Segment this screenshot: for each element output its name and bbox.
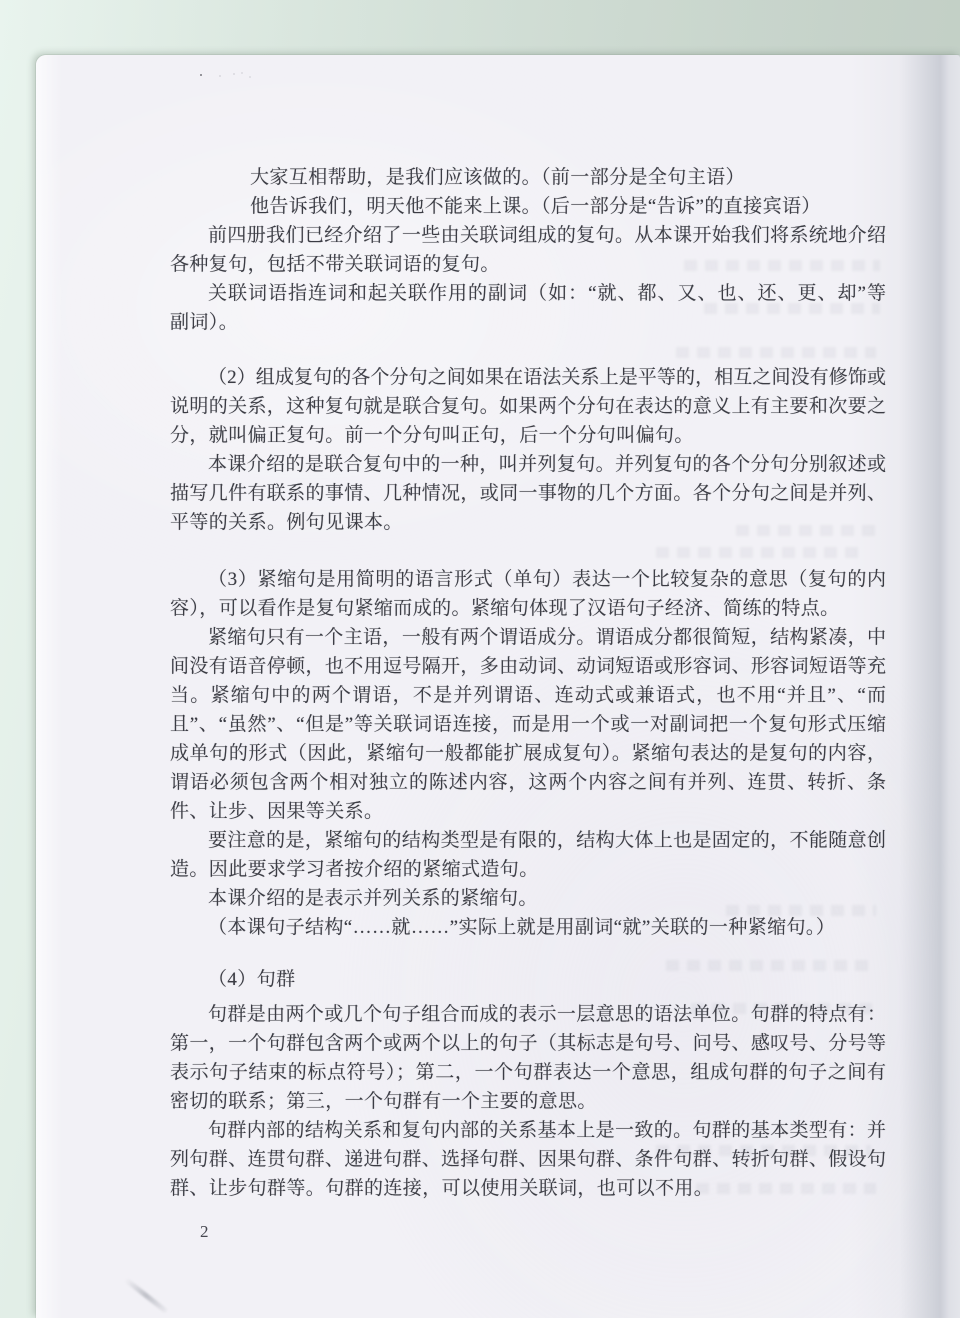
text-line: 平等的关系。例句见课本。 [170, 508, 886, 537]
text-line: 容），可以看作是复句紧缩而成的。紧缩句体现了汉语句子经济、简练的特点。 [170, 594, 886, 623]
text-line: 各种复句，包括不带关联词语的复句。 [170, 250, 886, 279]
text-line: 分，就叫偏正复句。前一个分句叫正句，后一个分句叫偏句。 [170, 421, 886, 450]
text-line: 成单句的形式（因此，紧缩句一般都能扩展成复句）。紧缩句表达的是复句的内容， [170, 739, 886, 768]
text-line: 列句群、连贯句群、递进句群、选择句群、因果句群、条件句群、转折句群、假设句 [170, 1145, 886, 1174]
text-line: （3）紧缩句是用简明的语言形式（单句）表达一个比较复杂的意思（复句的内 [170, 565, 886, 594]
text-line: （4）句群 [170, 965, 886, 994]
page-number: 2 [200, 1222, 210, 1242]
scanner-bed-shading [0, 0, 960, 60]
text-line: 要注意的是，紧缩句的结构类型是有限的，结构大体上也是固定的，不能随意创 [170, 826, 886, 855]
text-line: 件、让步、因果等关系。 [170, 797, 886, 826]
text-line: （2）组成复句的各个分句之间如果在语法关系上是平等的，相互之间没有修饰或 [170, 363, 886, 392]
text-block: 大家互相帮助，是我们应该做的。（前一部分是全句主语）他告诉我们，明天他不能来上课… [170, 163, 886, 1203]
scanned-textbook-page: { "page": { "number": "2", "lines": [ {"… [0, 0, 960, 1318]
text-line: 描写几件有联系的事情、几种情况，或同一事物的几个方面。各个分句之间是并列、 [170, 479, 886, 508]
text-line: 他告诉我们，明天他不能来上课。（后一部分是“告诉”的直接宾语） [170, 192, 886, 221]
text-line: 谓语必须包含两个相对独立的陈述内容，这两个内容之间有并列、连贯、转折、条 [170, 768, 886, 797]
text-line: 紧缩句只有一个主语，一般有两个谓语成分。谓语成分都很简短，结构紧凑，中 [170, 623, 886, 652]
text-line: 副词）。 [170, 308, 886, 337]
text-line: 密切的联系；第三，一个句群有一个主要的意思。 [170, 1087, 886, 1116]
page-edge-highlight [36, 55, 62, 1318]
text-line: 句群内部的结构关系和复句内部的关系基本上是一致的。句群的基本类型有：并 [170, 1116, 886, 1145]
text-line: 且”、“虽然”、“但是”等关联词语连接，而是用一个或一对副词把一个复句形式压缩 [170, 710, 886, 739]
book-page: 大家互相帮助，是我们应该做的。（前一部分是全句主语）他告诉我们，明天他不能来上课… [36, 55, 960, 1318]
text-line: 大家互相帮助，是我们应该做的。（前一部分是全句主语） [170, 163, 886, 192]
text-line: 第一，一个句群包含两个或两个以上的句子（其标志是句号、问号、感叹号、分号等 [170, 1029, 886, 1058]
text-line: 前四册我们已经介绍了一些由关联词组成的复句。从本课开始我们将系统地介绍 [170, 221, 886, 250]
text-line: 本课介绍的是表示并列关系的紧缩句。 [170, 884, 886, 913]
pencil-speck-marks [198, 71, 258, 79]
text-line: 说明的关系，这种复句就是联合复句。如果两个分句在表达的意义上有主要和次要之 [170, 392, 886, 421]
text-line: 关联词语指连词和起关联作用的副词（如：“就、都、又、也、还、更、却”等 [170, 279, 886, 308]
text-line: 群、让步句群等。句群的连接，可以使用关联词，也可以不用。 [170, 1174, 886, 1203]
text-line: 本课介绍的是联合复句中的一种，叫并列复句。并列复句的各个分句分别叙述或 [170, 450, 886, 479]
text-line: 表示句子结束的标点符号）；第二，一个句群表达一个意思，组成句群的句子之间有 [170, 1058, 886, 1087]
text-line: 造。因此要求学习者按介绍的紧缩式造句。 [170, 855, 886, 884]
text-line: 当。紧缩句中的两个谓语，不是并列谓语、连动式或兼语式，也不用“并且”、“而 [170, 681, 886, 710]
text-line: （本课句子结构“……就……”实际上就是用副词“就”关联的一种紧缩句。） [170, 913, 886, 942]
text-line: 句群是由两个或几个句子组合而成的表示一层意思的语法单位。句群的特点有： [170, 1000, 886, 1029]
text-line: 间没有语音停顿，也不用逗号隔开，多由动词、动词短语或形容词、形容词短语等充 [170, 652, 886, 681]
